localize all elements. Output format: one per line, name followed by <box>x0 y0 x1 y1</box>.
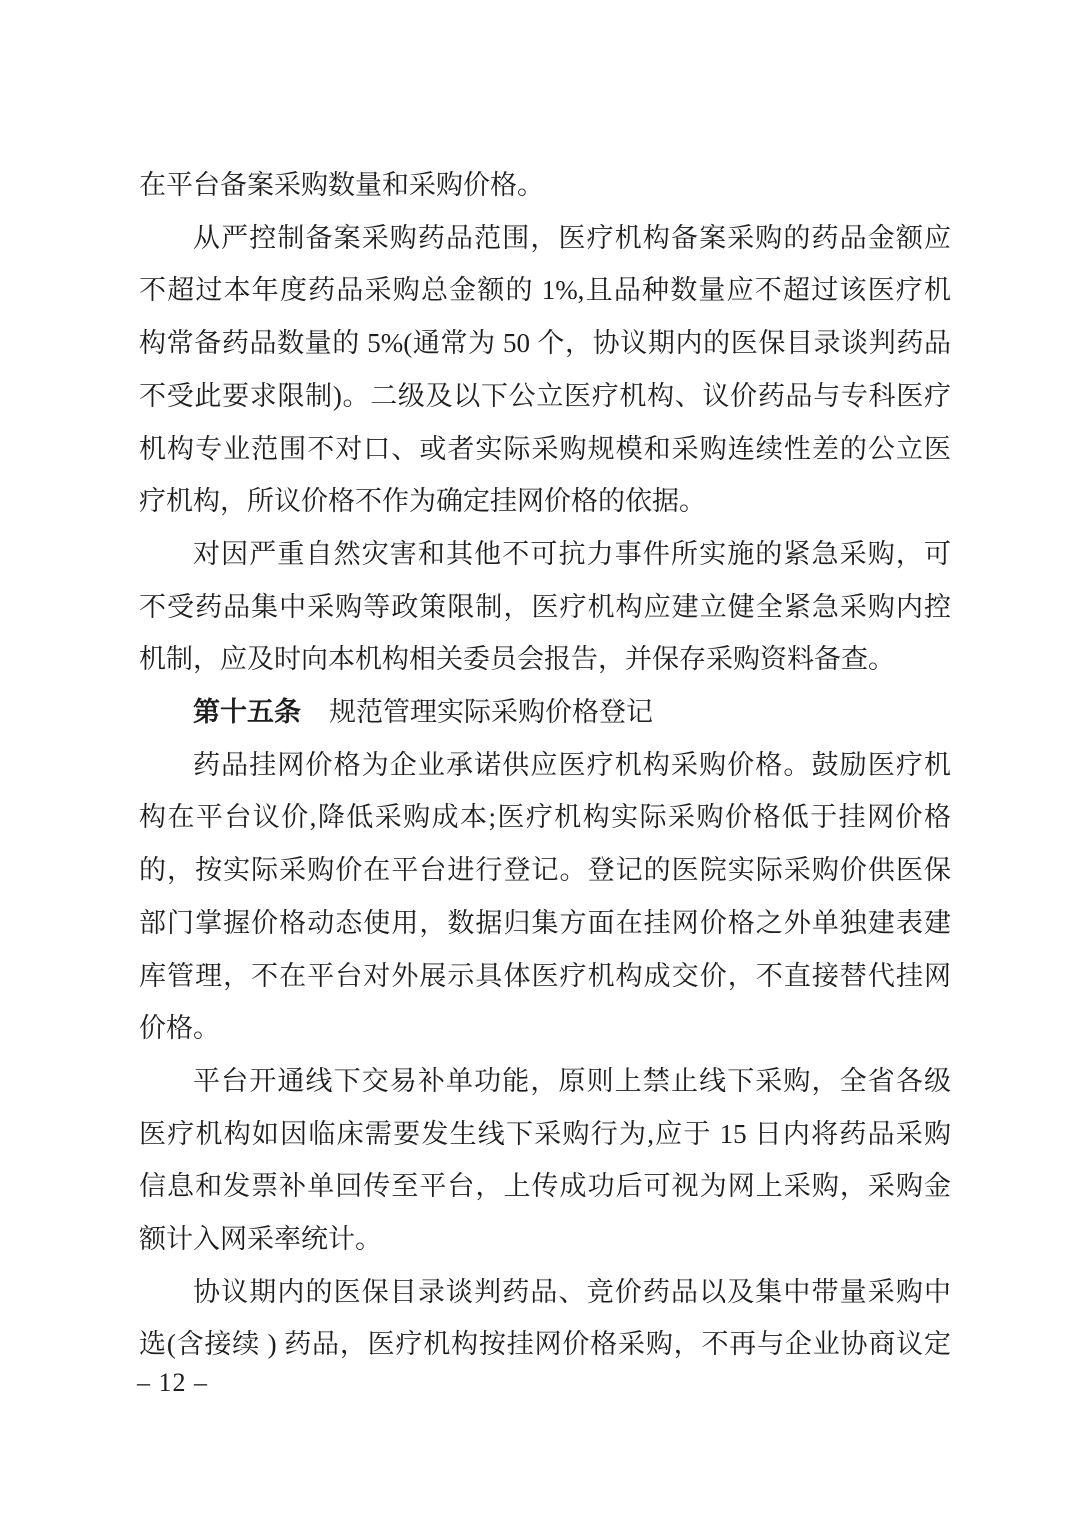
text-line: 额计入网采率统计。 <box>139 1213 951 1266</box>
text-line: 选(含接续 ) 药品，医疗机构按挂网价格采购，不再与企业协商议定 <box>139 1318 951 1371</box>
text-line: 库管理，不在平台对外展示具体医疗机构成交价，不直接替代挂网 <box>139 950 951 1003</box>
text-line: 疗机构，所议价格不作为确定挂网价格的依据。 <box>139 475 951 528</box>
document-body: 在平台备案采购数量和采购价格。从严控制备案采购药品范围，医疗机构备案采购的药品金… <box>139 159 951 1371</box>
text-line: 构常备药品数量的 5%(通常为 50 个，协议期内的医保目录谈判药品 <box>139 317 951 370</box>
paragraph: 对因严重自然灾害和其他不可抗力事件所实施的紧急采购，可不受药品集中采购等政策限制… <box>139 528 951 686</box>
text-line: 协议期内的医保目录谈判药品、竞价药品以及集中带量采购中 <box>139 1266 951 1319</box>
text-line: 对因严重自然灾害和其他不可抗力事件所实施的紧急采购，可 <box>139 528 951 581</box>
text-line: 平台开通线下交易补单功能，原则上禁止线下采购，全省各级 <box>139 1055 951 1108</box>
text-line: 机构专业范围不对口、或者实际采购规模和采购连续性差的公立医 <box>139 423 951 476</box>
text-line: 不受药品集中采购等政策限制，医疗机构应建立健全紧急采购内控 <box>139 581 951 634</box>
paragraph: 从严控制备案采购药品范围，医疗机构备案采购的药品金额应不超过本年度药品采购总金额… <box>139 212 951 528</box>
paragraph: 平台开通线下交易补单功能，原则上禁止线下采购，全省各级医疗机构如因临床需要发生线… <box>139 1055 951 1266</box>
paragraph: 在平台备案采购数量和采购价格。 <box>139 159 951 212</box>
text-line: 在平台备案采购数量和采购价格。 <box>139 159 951 212</box>
text-line: 不受此要求限制)。二级及以下公立医疗机构、议价药品与专科医疗 <box>139 370 951 423</box>
text-line: 价格。 <box>139 1002 951 1055</box>
text-line: 药品挂网价格为企业承诺供应医疗机构采购价格。鼓励医疗机 <box>139 739 951 792</box>
article-heading: 第十五条规范管理实际采购价格登记 <box>139 686 951 739</box>
text-line: 构在平台议价,降低采购成本;医疗机构实际采购价格低于挂网价格 <box>139 791 951 844</box>
text-line: 医疗机构如因临床需要发生线下采购行为,应于 15 日内将药品采购 <box>139 1108 951 1161</box>
text-line: 不超过本年度药品采购总金额的 1%,且品种数量应不超过该医疗机 <box>139 264 951 317</box>
document-page: 在平台备案采购数量和采购价格。从严控制备案采购药品范围，医疗机构备案采购的药品金… <box>0 0 1074 1520</box>
text-line: 信息和发票补单回传至平台，上传成功后可视为网上采购，采购金 <box>139 1160 951 1213</box>
article-number: 第十五条 <box>193 697 301 727</box>
article-title: 规范管理实际采购价格登记 <box>329 697 653 727</box>
paragraph: 协议期内的医保目录谈判药品、竞价药品以及集中带量采购中选(含接续 ) 药品，医疗… <box>139 1266 951 1371</box>
text-line: 部门掌握价格动态使用，数据归集方面在挂网价格之外单独建表建 <box>139 897 951 950</box>
heading-line: 第十五条规范管理实际采购价格登记 <box>139 686 951 739</box>
text-line: 从严控制备案采购药品范围，医疗机构备案采购的药品金额应 <box>139 212 951 265</box>
paragraph: 药品挂网价格为企业承诺供应医疗机构采购价格。鼓励医疗机构在平台议价,降低采购成本… <box>139 739 951 1055</box>
page-number: – 12 – <box>137 1368 208 1398</box>
text-line: 的，按实际采购价在平台进行登记。登记的医院实际采购价供医保 <box>139 844 951 897</box>
text-line: 机制，应及时向本机构相关委员会报告，并保存采购资料备查。 <box>139 633 951 686</box>
